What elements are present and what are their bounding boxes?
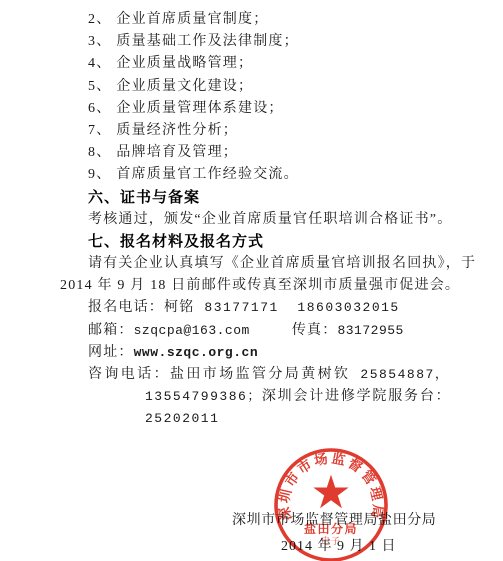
- consult-number-2: 13554799386；: [145, 389, 262, 404]
- consult-contact-text: 盐田市场监管分局黄树钦: [170, 367, 350, 382]
- list-item-text: 企业首席质量官制度；: [116, 12, 268, 27]
- consult-phone-row-2: 13554799386；深圳会计进修学院服务台：: [60, 386, 467, 408]
- section-heading-certificate: 六、证书与备案: [60, 187, 467, 209]
- list-item: 2、企业首席质量官制度；: [60, 9, 467, 31]
- list-item-number: 4、: [88, 56, 111, 71]
- list-item-text: 企业质量管理体系建设；: [116, 101, 283, 116]
- fax-label: 传真：: [292, 323, 338, 338]
- list-item-number: 8、: [88, 145, 111, 160]
- registration-phone-row: 报名电话：柯铭83177171 18603032015: [60, 297, 467, 319]
- email-fax-row: 邮箱：szqcpa@163.com传真：83172955: [60, 320, 467, 342]
- phone-contact-name: 柯铭: [164, 300, 194, 315]
- website-value: www.szqc.org.cn: [134, 345, 259, 360]
- list-item-text: 企业质量文化建设；: [116, 79, 253, 94]
- list-item-text: 质量经济性分析；: [116, 123, 238, 138]
- list-item: 9、首席质量官工作经验交流。: [60, 164, 467, 186]
- certificate-body-text: 考核通过，颁发“企业首席质量官任职培训合格证书”。: [60, 209, 467, 231]
- list-item-text: 首席质量官工作经验交流。: [116, 167, 298, 182]
- list-item-number: 5、: [88, 79, 111, 94]
- consult-phone-row-1: 咨询电话：盐田市场监管分局黄树钦25854887，: [60, 364, 467, 386]
- section-heading-registration: 七、报名材料及报名方式: [60, 231, 467, 253]
- list-item-number: 3、: [88, 34, 111, 49]
- fax-value: 83172955: [337, 323, 403, 338]
- phone-label: 报名电话：: [88, 300, 164, 315]
- consult-number-1: 25854887，: [360, 367, 449, 382]
- list-item-number: 6、: [88, 101, 111, 116]
- website-label: 网址：: [88, 345, 134, 360]
- email-value: szqcpa@163.com: [134, 323, 250, 338]
- list-item: 3、质量基础工作及法律制度；: [60, 31, 467, 53]
- list-item-number: 2、: [88, 12, 111, 27]
- consult-phone-row-3: 25202011: [60, 408, 467, 430]
- list-item: 8、品牌培育及管理；: [60, 142, 467, 164]
- phone-numbers: 83177171 18603032015: [204, 300, 399, 315]
- list-item-number: 9、: [88, 167, 111, 182]
- registration-paragraph-line2: 2014 年 9 月 18 日前邮件或传真至深圳市质量强市促进会。: [60, 275, 467, 297]
- list-item-number: 7、: [88, 123, 111, 138]
- list-item-text: 质量基础工作及法律制度；: [116, 34, 298, 49]
- list-item-text: 企业质量战略管理；: [116, 56, 253, 71]
- list-item: 5、企业质量文化建设；: [60, 76, 467, 98]
- document-body: 2、企业首席质量官制度； 3、质量基础工作及法律制度； 4、企业质量战略管理； …: [60, 9, 467, 431]
- list-item-text: 品牌培育及管理；: [116, 145, 238, 160]
- consult-number-3: 25202011: [145, 411, 219, 426]
- list-item: 6、企业质量管理体系建设；: [60, 98, 467, 120]
- consult-label: 咨询电话：: [88, 367, 170, 382]
- email-label: 邮箱：: [88, 323, 134, 338]
- list-item: 4、企业质量战略管理；: [60, 53, 467, 75]
- document-page: 2、企业首席质量官制度； 3、质量基础工作及法律制度； 4、企业质量战略管理； …: [0, 0, 503, 561]
- website-row: 网址：www.szqc.org.cn: [60, 342, 467, 364]
- issue-date: 2014 年 9 月 1 日: [281, 535, 397, 555]
- registration-paragraph-line1: 请有关企业认真填写《企业首席质量官培训报名回执》，于: [60, 253, 467, 275]
- issuing-authority-signature: 深圳市市场监督管理局盐田分局: [232, 509, 436, 529]
- list-item: 7、质量经济性分析；: [60, 120, 467, 142]
- consult-service-text: 深圳会计进修学院服务台：: [262, 389, 452, 404]
